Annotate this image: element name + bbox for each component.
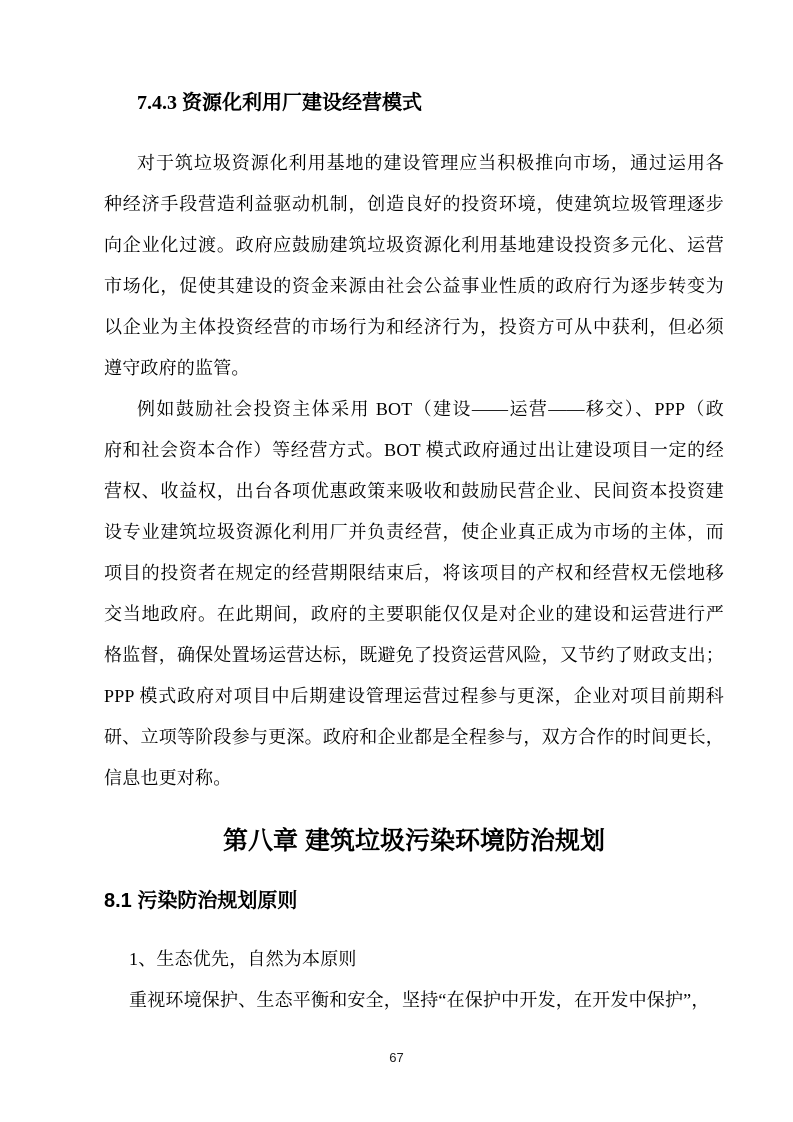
paragraph-line: 研、立项等阶段参与更深。政府和企业都是全程参与，双方合作的时间更长， [104,717,724,758]
section-heading-7-4-3: 7.4.3 资源化利用厂建设经营模式 [104,88,724,118]
paragraph-line: 种经济手段营造利益驱动机制，创造良好的投资环境，使建筑垃圾管理逐步 [104,184,724,225]
paragraph-2: 例如鼓励社会投资主体采用 BOT（建设——运营——移交）、PPP（政 府和社会资… [104,389,724,799]
paragraph-line: 格监督，确保处置场运营达标，既避免了投资运营风险，又节约了财政支出； [104,635,724,676]
principle-item-title: 1、生态优先，自然为本原则 [104,939,724,980]
document-page: 7.4.3 资源化利用厂建设经营模式 对于筑垃圾资源化利用基地的建设管理应当积极… [0,0,793,1122]
paragraph-line: PPP 模式政府对项目中后期建设管理运营过程参与更深，企业对项目前期科 [104,676,724,717]
paragraph-line: 交当地政府。在此期间，政府的主要职能仅仅是对企业的建设和运营进行严 [104,594,724,635]
paragraph-line: 遵守政府的监管。 [104,348,724,389]
paragraph-line: 府和社会资本合作）等经营方式。BOT 模式政府通过出让建设项目一定的经 [104,430,724,471]
paragraph-line: 信息也更对称。 [104,758,724,799]
paragraph-1: 对于筑垃圾资源化利用基地的建设管理应当积极推向市场，通过运用各 种经济手段营造利… [104,143,724,389]
paragraph-line: 向企业化过渡。政府应鼓励建筑垃圾资源化利用基地建设投资多元化、运营 [104,225,724,266]
page-number: 67 [0,1050,793,1065]
chapter-heading: 第八章 建筑垃圾污染环境防治规划 [104,823,724,859]
paragraph-line: 市场化，促使其建设的资金来源由社会公益事业性质的政府行为逐步转变为 [104,266,724,307]
page-content: 7.4.3 资源化利用厂建设经营模式 对于筑垃圾资源化利用基地的建设管理应当积极… [104,88,724,1021]
paragraph-line: 设专业建筑垃圾资源化利用厂并负责经营，使企业真正成为市场的主体，而 [104,512,724,553]
paragraph-line: 对于筑垃圾资源化利用基地的建设管理应当积极推向市场，通过运用各 [104,143,724,184]
paragraph-line: 项目的投资者在规定的经营期限结束后，将该项目的产权和经营权无偿地移 [104,553,724,594]
paragraph-line: 例如鼓励社会投资主体采用 BOT（建设——运营——移交）、PPP（政 [104,389,724,430]
section-heading-8-1: 8.1 污染防治规划原则 [104,887,724,915]
paragraph-line: 以企业为主体投资经营的市场行为和经济行为，投资方可从中获利，但必须 [104,307,724,348]
principles-list: 1、生态优先，自然为本原则 重视环境保护、生态平衡和安全，坚持“在保护中开发，在… [104,939,724,1021]
paragraph-line: 营权、收益权，出台各项优惠政策来吸收和鼓励民营企业、民间资本投资建 [104,471,724,512]
principle-item-body: 重视环境保护、生态平衡和安全，坚持“在保护中开发，在开发中保护”， [104,980,724,1021]
